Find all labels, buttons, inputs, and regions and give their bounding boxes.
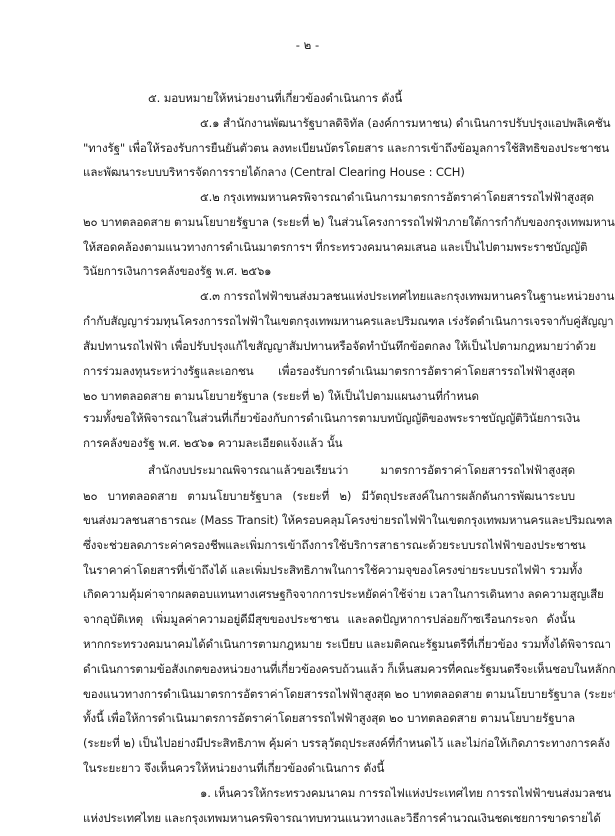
body-line: สัมปทานรถไฟฟ้า เพื่อปรับปรุงแก้ไขสัญญาสั…	[83, 338, 575, 354]
body-line: ขนส่งมวลชนสาธารณะ (Mass Transit) ให้ครอบ…	[83, 512, 575, 528]
body-line: แห่งประเทศไทย และกรุงเทพมหานครพิจารณาทบท…	[83, 810, 575, 826]
body-line: "ทางรัฐ" เพื่อให้รองรับการยืนยันตัวตน ลง…	[83, 140, 575, 156]
body-line: การร่วมลงทุนระหว่างรัฐและเอกชน เพื่อรองร…	[83, 363, 575, 379]
item-5-2-first-line: ๕.๒ กรุงเทพมหานครพิจารณาดำเนินการมาตรการ…	[200, 189, 575, 205]
body-line: วินัยการเงินการคลังของรัฐ พ.ศ. ๒๕๖๑	[83, 263, 575, 279]
page-number: - ๒ -	[0, 37, 615, 53]
body-line: ๒๐ บาทตลอดสาย ตามนโยบายรัฐบาล (ระยะที่ ๒…	[83, 488, 575, 504]
document-page: - ๒ - ๕. มอบหมายให้หน่วยงานที่เกี่ยวข้อง…	[0, 0, 615, 836]
body-line: (ระยะที่ ๒) เป็นไปอย่างมีประสิทธิภาพ คุ้…	[83, 735, 575, 751]
recommendation-1-first-line: ๑. เห็นควรให้กระทรวงคมนาคม การรถไฟแห่งปร…	[200, 785, 575, 801]
body-line: ในระยะยาว จึงเห็นควรให้หน่วยงานที่เกี่ยว…	[83, 760, 575, 776]
body-line: จากอุบัติเหตุ เพิ่มมูลค่าความอยู่ดีมีสุข…	[83, 611, 575, 627]
body-line: ดำเนินการตามข้อสังเกตของหน่วยงานที่เกี่ย…	[83, 661, 575, 677]
budget-bureau-paragraph-first-line: สำนักงบประมาณพิจารณาแล้วขอเรียนว่า มาตรก…	[148, 462, 575, 478]
item-5-3-first-line: ๕.๓ การรถไฟฟ้าขนส่งมวลชนแห่งประเทศไทยและ…	[200, 288, 575, 304]
body-line: ซึ่งจะช่วยลดภาระค่าครองชีพและเพิ่มการเข้…	[83, 537, 575, 553]
body-line: ทั้งนี้ เพื่อให้การดำเนินมาตรการอัตราค่า…	[83, 710, 575, 726]
body-line: การคลังของรัฐ พ.ศ. ๒๕๖๑ ความละเอียดแจ้งแ…	[83, 435, 575, 451]
body-line: ให้สอดคล้องตามแนวทางการดำเนินมาตรการฯ ที…	[83, 239, 575, 255]
body-line: กำกับสัญญาร่วมทุนโครงการรถไฟฟ้าในเขตกรุง…	[83, 313, 575, 329]
body-line: เกิดความคุ้มค่าจากผลตอบแทนทางเศรษฐกิจจาก…	[83, 586, 575, 602]
body-line: ของแนวทางการดำเนินมาตรการอัตราค่าโดยสารร…	[83, 686, 575, 702]
body-line: รวมทั้งขอให้พิจารณาในส่วนที่เกี่ยวข้องกั…	[83, 410, 575, 426]
section-5-heading: ๕. มอบหมายให้หน่วยงานที่เกี่ยวข้องดำเนิน…	[148, 90, 575, 106]
body-line: และพัฒนาระบบบริหารจัดการรายได้กลาง (Cent…	[83, 164, 575, 180]
item-5-1-first-line: ๕.๑ สำนักงานพัฒนารัฐบาลดิจิทัล (องค์การม…	[200, 115, 575, 131]
body-line: ๒๐ บาทตลอดสาย ตามนโยบายรัฐบาล (ระยะที่ ๒…	[83, 214, 575, 230]
body-line: ๒๐ บาทตลอดสาย ตามนโยบายรัฐบาล (ระยะที่ ๒…	[83, 388, 575, 404]
body-line: หากกระทรวงคมนาคมได้ดำเนินการตามกฎหมาย ระ…	[83, 636, 575, 652]
body-line: ในราคาค่าโดยสารที่เข้าถึงได้ และเพิ่มประ…	[83, 562, 575, 578]
